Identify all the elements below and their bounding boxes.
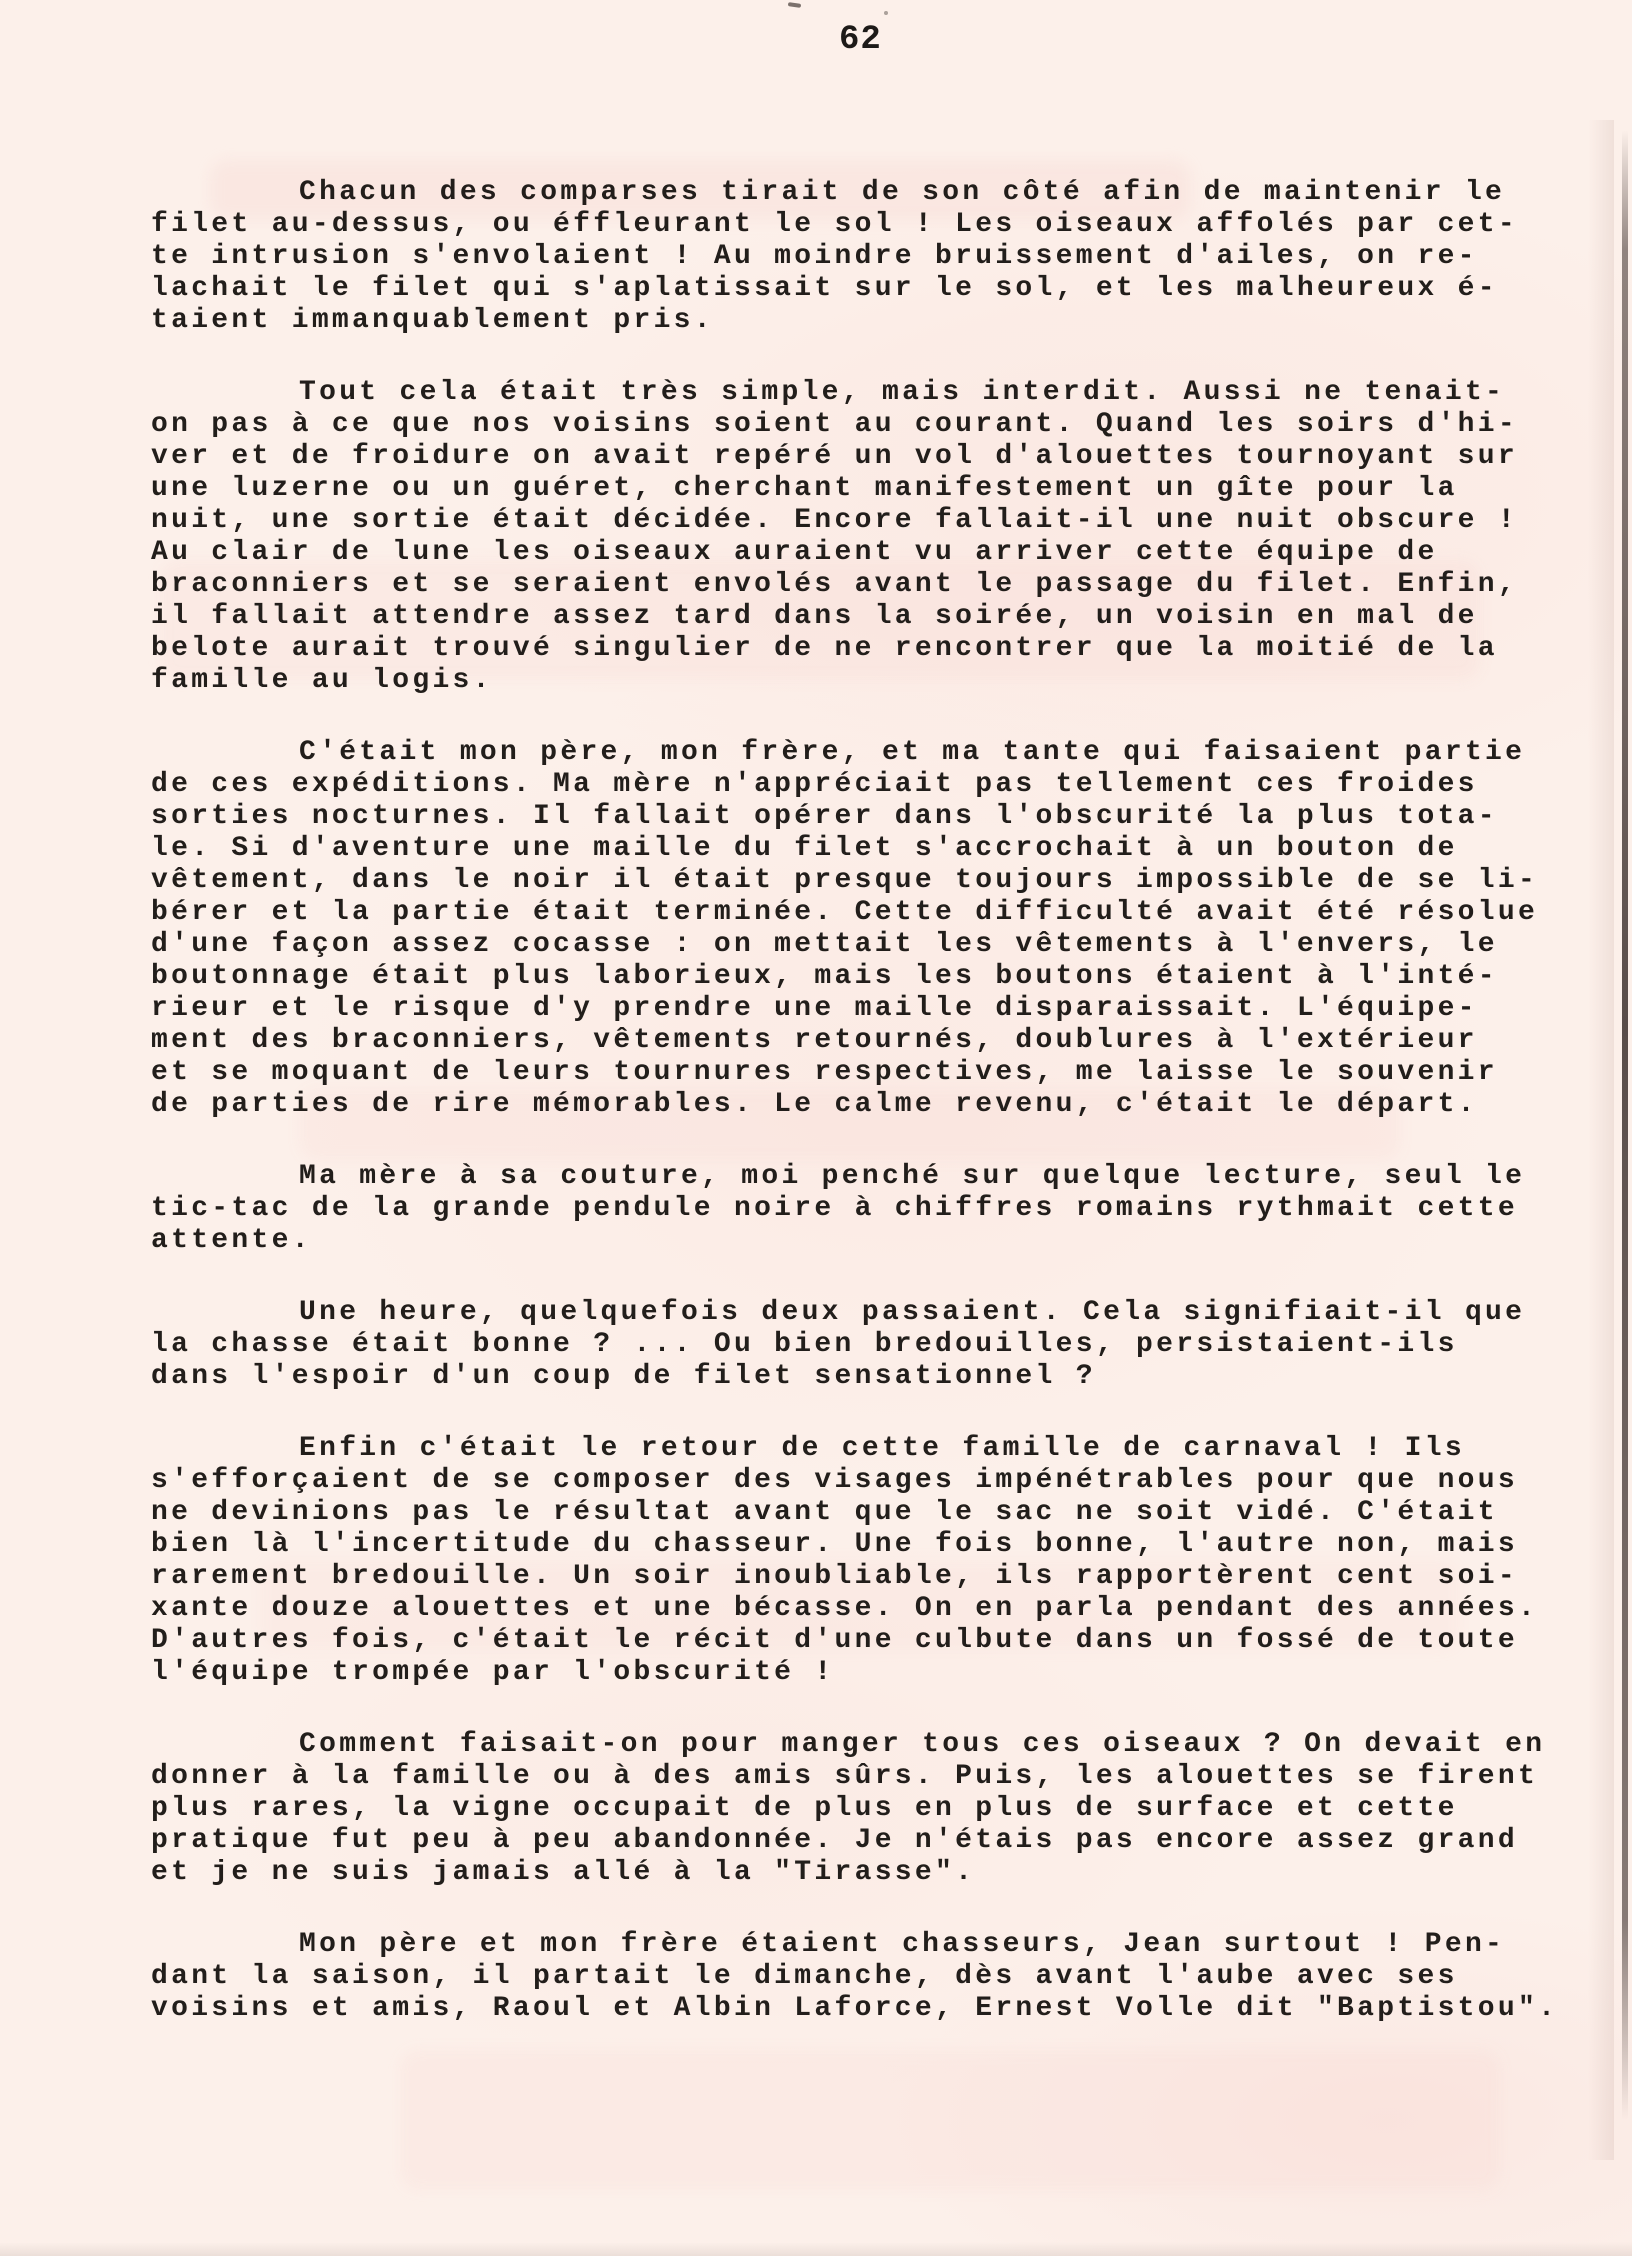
- scan-bottom-shade: [0, 2242, 1632, 2256]
- scan-speck: [884, 11, 888, 15]
- scan-edge-shadow: [1588, 120, 1614, 2160]
- paragraph: Mon père et mon frère étaient chasseurs,…: [151, 1929, 1571, 2025]
- paragraph: Chacun des comparses tirait de son côté …: [151, 177, 1571, 337]
- scan-edge-line: [1622, 130, 1628, 2120]
- page-body-text: Chacun des comparses tirait de son côté …: [151, 177, 1571, 2065]
- scan-tint-band: [400, 2050, 1500, 2190]
- paragraph: Une heure, quelquefois deux passaient. C…: [151, 1297, 1571, 1393]
- paragraph: Enfin c'était le retour de cette famille…: [151, 1433, 1571, 1689]
- scanned-page: 62 Chacun des comparses tirait de son cô…: [0, 0, 1632, 2256]
- page-number: 62: [839, 22, 882, 58]
- paragraph: C'était mon père, mon frère, et ma tante…: [151, 737, 1571, 1121]
- scan-speck: [788, 2, 801, 8]
- paragraph: Ma mère à sa couture, moi penché sur que…: [151, 1161, 1571, 1257]
- paragraph: Tout cela était très simple, mais interd…: [151, 377, 1571, 697]
- paragraph: Comment faisait-on pour manger tous ces …: [151, 1729, 1571, 1889]
